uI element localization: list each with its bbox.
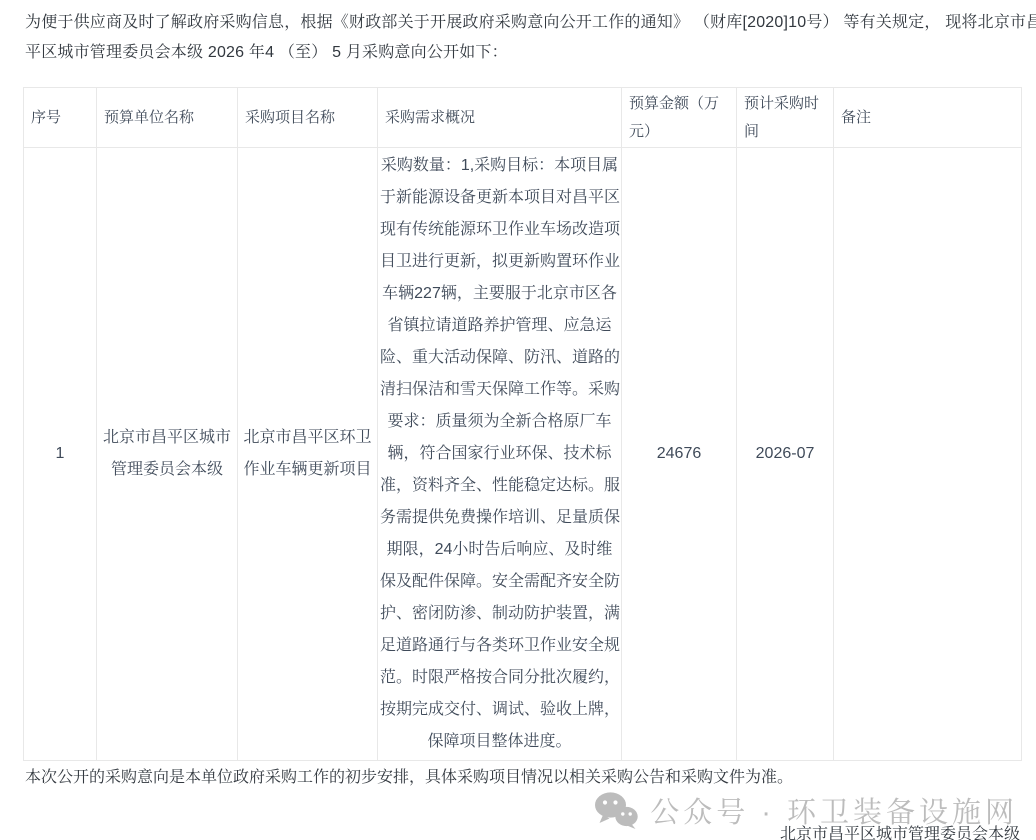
cell-budget-unit: 北京市昌平区城市管理委员会本级 [97, 148, 238, 761]
demand-line: 护、密闭防渗、制动防护装置，满 [380, 598, 619, 630]
header-budget-unit: 预算单位名称 [97, 88, 238, 148]
demand-line: 采购数量：1,采购目标：本项目属 [380, 150, 619, 182]
demand-text: 采购数量：1,采购目标：本项目属于新能源设备更新本项目对昌平区现有传统能源环卫作… [380, 150, 619, 758]
demand-line: 保及配件保障。安全需配齐安全防 [380, 566, 619, 598]
cell-remark [834, 148, 1022, 761]
header-project-name: 采购项目名称 [238, 88, 378, 148]
header-planned-time: 预计采购时间 [737, 88, 834, 148]
demand-line: 准，资料齐全、性能稳定达标。服 [380, 470, 619, 502]
table-header: 序号 预算单位名称 采购项目名称 采购需求概况 预算金额（万元） 预计采购时间 … [24, 88, 1022, 148]
demand-line: 清扫保洁和雪天保障工作等。采购 [380, 374, 619, 406]
demand-line: 险、重大活动保障、防汛、道路的 [380, 342, 619, 374]
cell-demand: 采购数量：1,采购目标：本项目属于新能源设备更新本项目对昌平区现有传统能源环卫作… [378, 148, 622, 761]
header-demand: 采购需求概况 [378, 88, 622, 148]
demand-line: 足道路通行与各类环卫作业安全规 [380, 630, 619, 662]
cell-planned-time: 2026-07 [737, 148, 834, 761]
demand-line: 车辆227辆，主要服于北京市区各 [380, 278, 619, 310]
demand-line: 按期完成交付、调试、验收上牌， [380, 694, 619, 726]
header-budget-amount: 预算金额（万元） [622, 88, 737, 148]
table-row: 1 北京市昌平区城市管理委员会本级 北京市昌平区环卫作业车辆更新项目 采购数量：… [24, 148, 1022, 761]
demand-line: 保障项目整体进度。 [380, 726, 619, 758]
demand-line: 目卫进行更新，拟更新购置环作业 [380, 246, 619, 278]
bottom-area: 公众号 · 环卫装备设施网 北京市昌平区城市管理委员会本级 [0, 788, 1036, 840]
demand-line: 辆，符合国家行业环保、技术标 [380, 438, 619, 470]
demand-line: 现有传统能源环卫作业车场改造项 [380, 214, 619, 246]
intro-paragraph: 为便于供应商及时了解政府采购信息，根据《财政部关于开展政府采购意向公开工作的通知… [25, 8, 1020, 68]
demand-line: 要求：质量须为全新合格原厂车 [380, 406, 619, 438]
org-signature: 北京市昌平区城市管理委员会本级 [780, 821, 1020, 840]
footer-note: 本次公开的采购意向是本单位政府采购工作的初步安排，具体采购项目情况以相关采购公告… [25, 768, 1020, 788]
cell-project-name: 北京市昌平区环卫作业车辆更新项目 [238, 148, 378, 761]
wechat-icon [594, 792, 638, 829]
demand-line: 务需提供免费操作培训、足量质保 [380, 502, 619, 534]
cell-budget-amount: 24676 [622, 148, 737, 761]
header-remark: 备注 [834, 88, 1022, 148]
procurement-intention-table: 序号 预算单位名称 采购项目名称 采购需求概况 预算金额（万元） 预计采购时间 … [23, 87, 1022, 761]
demand-line: 范。时限严格按合同分批次履约， [380, 662, 619, 694]
intro-line-1: 为便于供应商及时了解政府采购信息，根据《财政部关于开展政府采购意向公开工作的通知… [25, 8, 1020, 38]
demand-line: 期限，24小时告后响应、及时维 [380, 534, 619, 566]
header-seq: 序号 [24, 88, 97, 148]
procurement-notice-page: 为便于供应商及时了解政府采购信息，根据《财政部关于开展政府采购意向公开工作的通知… [0, 0, 1036, 840]
demand-line: 于新能源设备更新本项目对昌平区 [380, 182, 619, 214]
cell-seq: 1 [24, 148, 97, 761]
demand-line: 省镇拉请道路养护管理、应急运 [380, 310, 619, 342]
intro-line-2: 平区城市管理委员会本级 2026 年4 （至） 5 月采购意向公开如下： [25, 38, 1020, 68]
